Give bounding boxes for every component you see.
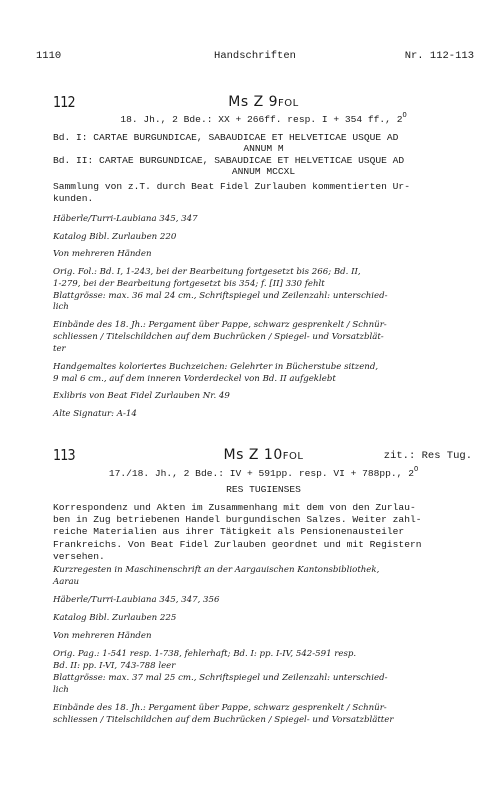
physical-text: 18. Jh., 2 Bde.: XX + 266ff. resp. I + 3… xyxy=(120,114,402,125)
running-head: 1110 Handschriften Nr. 112-113 xyxy=(36,50,474,64)
title-line: RES TUGIENSES xyxy=(53,484,474,496)
description-line: ben in Zug betriebenen Handel burgundisc… xyxy=(53,514,474,526)
description-line: Sammlung von z.T. durch Beat Fidel Zurla… xyxy=(53,181,474,193)
physical-description: 18. Jh., 2 Bde.: XX + 266ff. resp. I + 3… xyxy=(53,110,474,126)
foliation-line: Orig. Fol.: Bd. I, 1-243, bei der Bearbe… xyxy=(53,267,476,279)
foliation-line: Blattgrösse: max. 36 mal 24 cm., Schrift… xyxy=(53,291,476,303)
catalog-reference: Katalog Bibl. Zurlauben 225 xyxy=(53,613,476,625)
hands: Von mehreren Händen xyxy=(53,249,476,261)
foliation-line: lich xyxy=(53,685,476,697)
foliation-line: lich xyxy=(53,302,476,314)
binding-line: ter xyxy=(53,344,476,356)
entry-range: Nr. 112-113 xyxy=(405,50,474,62)
regesten-line: Kurzregesten in Maschinenschrift an der … xyxy=(53,565,476,577)
foliation-line: Bd. II: pp. I-VI, 743-788 leer xyxy=(53,661,476,673)
title-line: ANNUM MCCXL xyxy=(53,166,474,178)
binding-line: Einbände des 18. Jh.: Pergament über Pap… xyxy=(53,703,476,715)
regesten-line: Aarau xyxy=(53,577,476,589)
format-suffix: FOL xyxy=(283,451,304,462)
description-line: versehen. xyxy=(53,551,474,563)
bookmark-line: Handgemaltes koloriertes Buchzeichen: Ge… xyxy=(53,362,476,374)
description-line: reiche Materialien aus ihrer Tätigkeit a… xyxy=(53,526,474,538)
binding-line: Einbände des 18. Jh.: Pergament über Pap… xyxy=(53,320,476,332)
exlibris: Exlibris von Beat Fidel Zurlauben Nr. 49 xyxy=(53,391,476,403)
physical-description: 17./18. Jh., 2 Bde.: IV + 591pp. resp. V… xyxy=(53,464,474,480)
old-signature: Alte Signatur: A-14 xyxy=(53,409,476,421)
description-line: kunden. xyxy=(53,193,474,205)
hands: Von mehreren Händen xyxy=(53,631,476,643)
citation-abbreviation: zit.: Res Tug. xyxy=(384,450,472,462)
shelfmark-text: Ms Z 10 xyxy=(224,447,283,463)
catalog-reference: Katalog Bibl. Zurlauben 220 xyxy=(53,232,476,244)
binding-line: schliessen / Titelschildchen auf dem Buc… xyxy=(53,332,476,344)
format-superscript: O xyxy=(402,112,406,120)
binding-line: schliessen / Titelschildchen auf dem Buc… xyxy=(53,715,476,727)
shelfmark-text: Ms Z 9 xyxy=(228,94,278,110)
foliation-line: 1-279, bei der Bearbeitung fortgesetzt b… xyxy=(53,279,476,291)
description-line: Frankreichs. Von Beat Fidel Zurlauben ge… xyxy=(53,539,474,551)
description-line: Korrespondenz und Akten im Zusammenhang … xyxy=(53,502,474,514)
format-superscript: O xyxy=(414,466,418,474)
literature: Häberle/Turri-Laubiana 345, 347 xyxy=(53,214,476,226)
format-suffix: FOL xyxy=(278,98,299,109)
entry-header-113: 113 Ms Z 10FOL zit.: Res Tug. xyxy=(53,446,474,466)
foliation-line: Orig. Pag.: 1-541 resp. 1-738, fehlerhaf… xyxy=(53,649,476,661)
shelfmark: Ms Z 9FOL xyxy=(53,94,474,110)
title-line: ANNUM M xyxy=(53,143,474,155)
foliation-line: Blattgrösse: max. 37 mal 25 cm., Schrift… xyxy=(53,673,476,685)
bookmark-line: 9 mal 6 cm., auf dem inneren Vorderdecke… xyxy=(53,374,476,386)
literature: Häberle/Turri-Laubiana 345, 347, 356 xyxy=(53,595,476,607)
physical-text: 17./18. Jh., 2 Bde.: IV + 591pp. resp. V… xyxy=(109,468,414,479)
